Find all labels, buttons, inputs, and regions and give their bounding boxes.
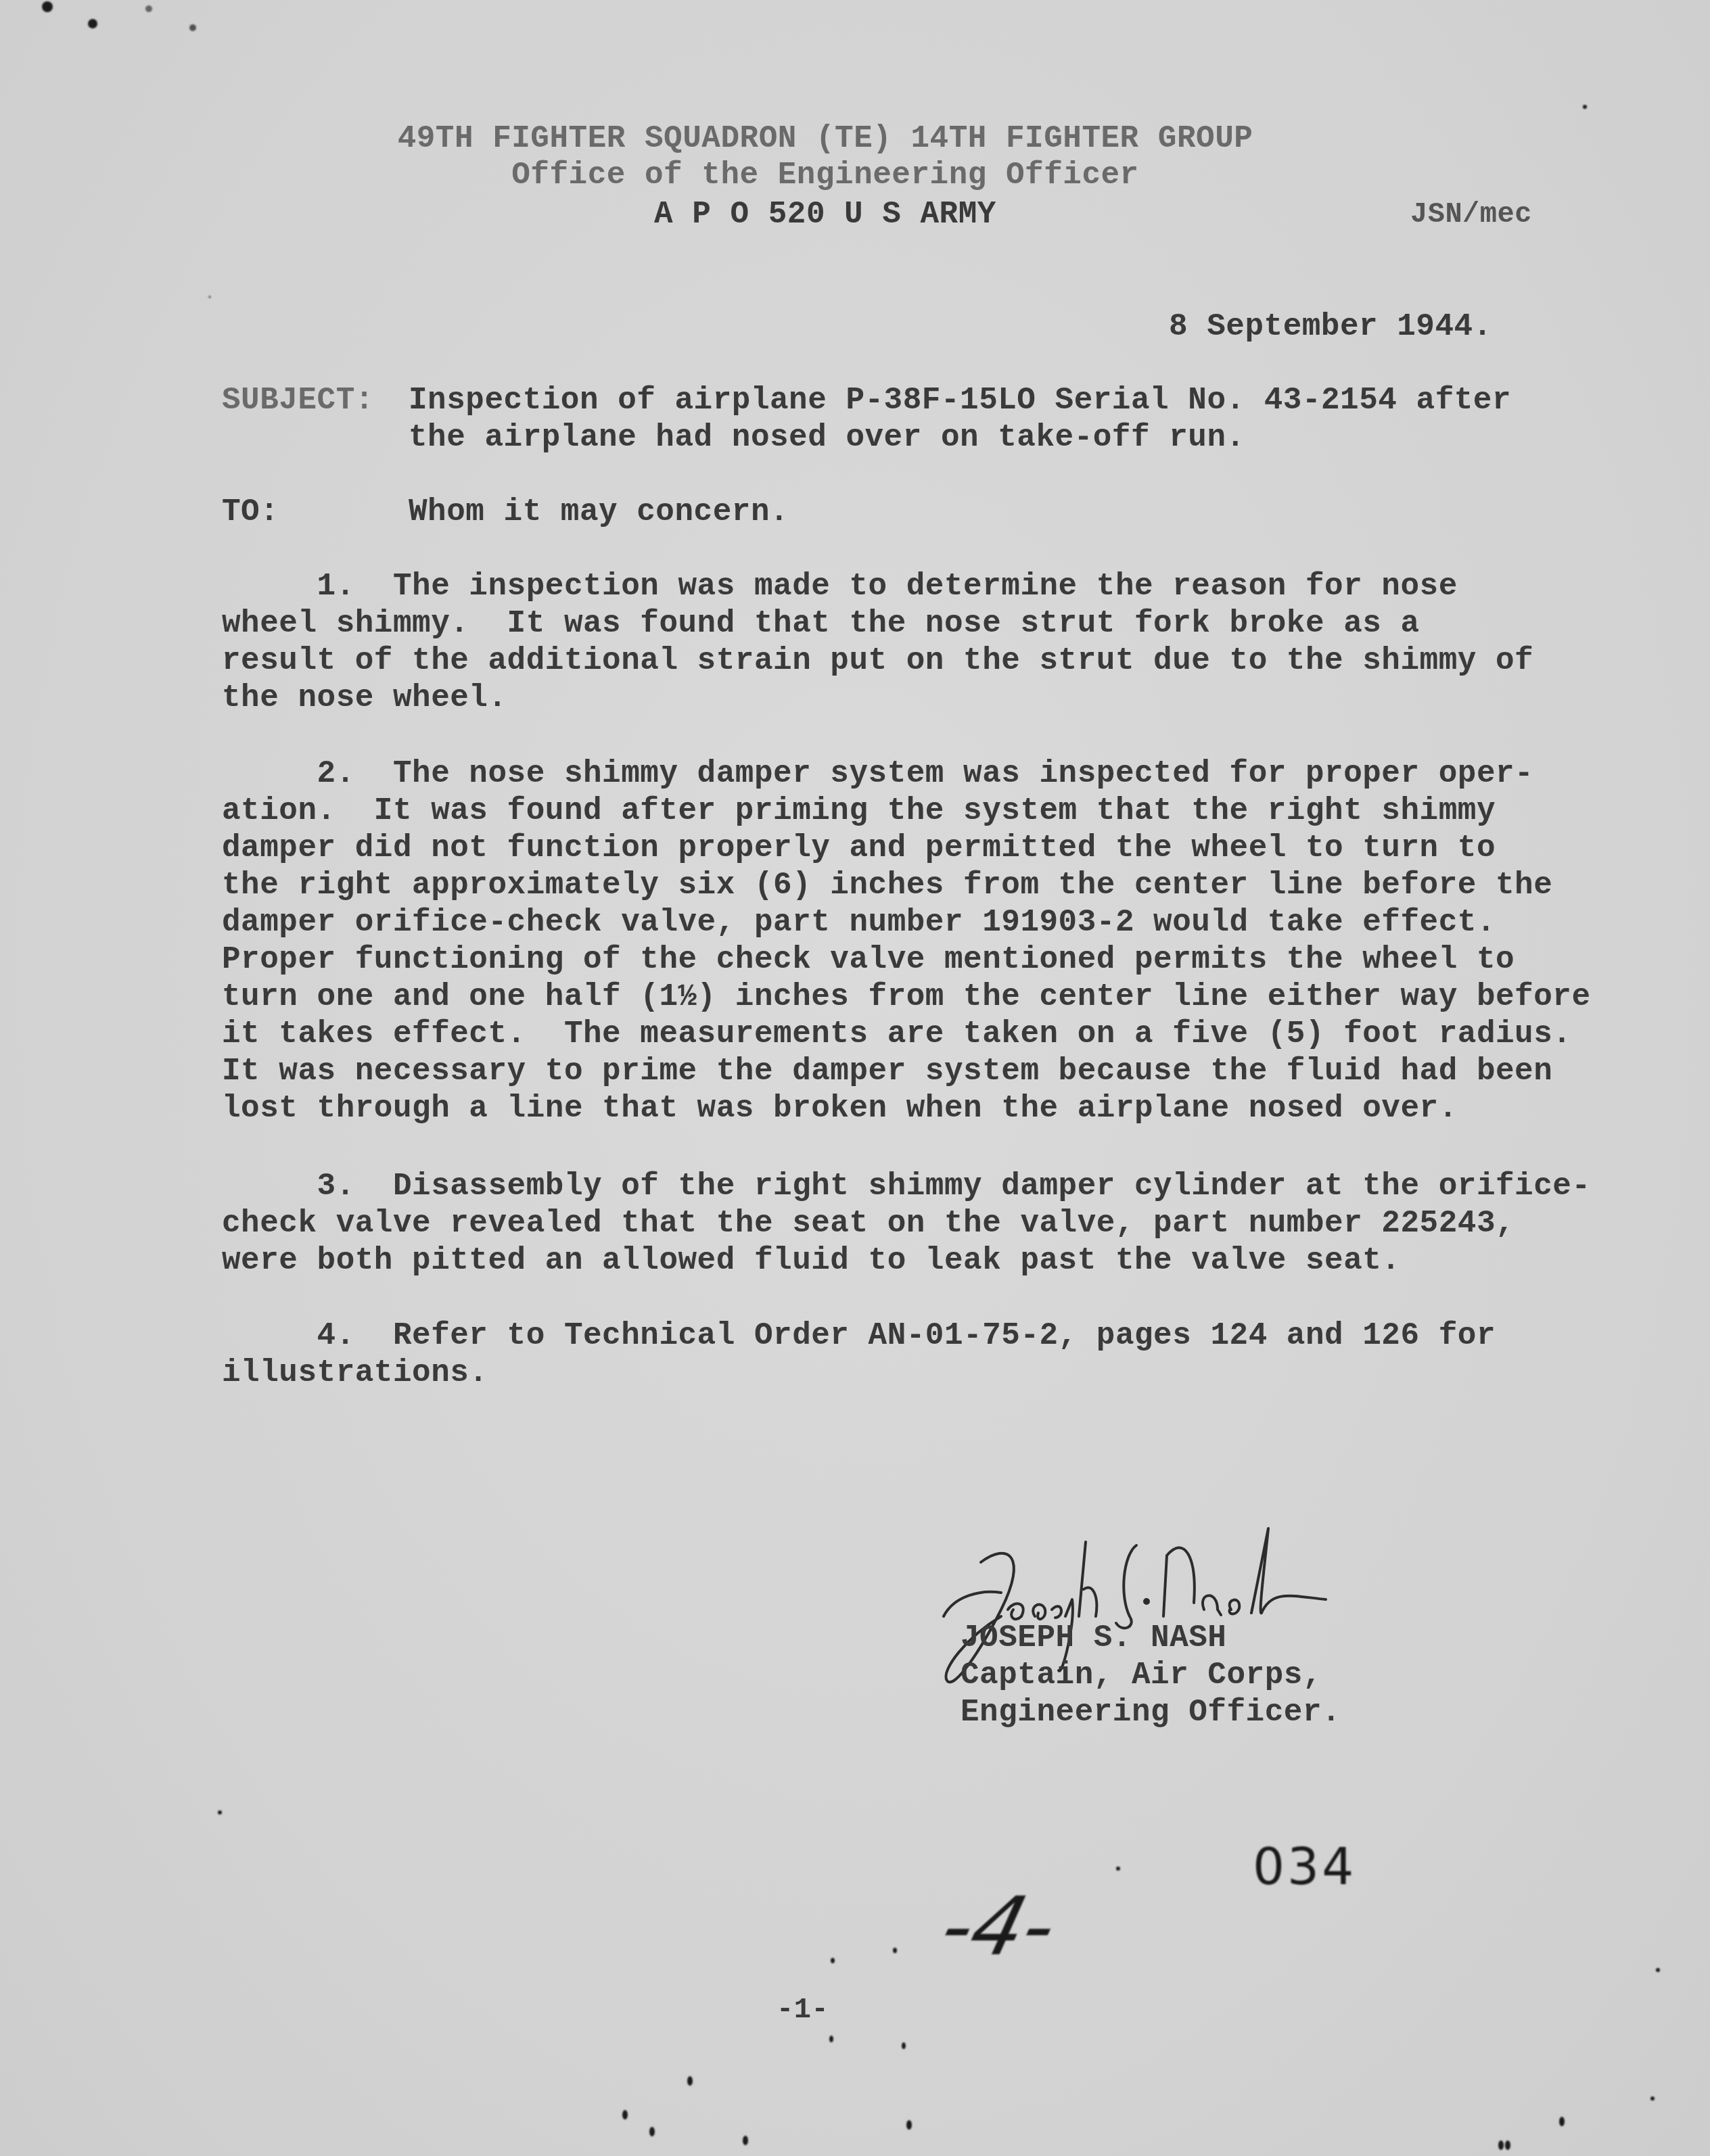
letterhead-unit: 49TH FIGHTER SQUADRON (TE) 14TH FIGHTER … — [0, 120, 1650, 158]
paragraph-line: It was necessary to prime the damper sys… — [222, 1053, 1568, 1090]
letterhead-address: A P O 520 U S ARMY — [0, 196, 1650, 233]
scan-speck — [743, 2136, 748, 2145]
scan-speck — [893, 1948, 897, 1953]
scan-speck — [218, 1810, 222, 1814]
scan-speck — [902, 2042, 906, 2049]
scan-speck — [1505, 2140, 1510, 2150]
stamp-number: 034 — [1253, 1838, 1356, 1896]
paragraph-line: ation. It was found after priming the sy… — [222, 793, 1568, 830]
letterhead-office: Office of the Engineering Officer — [0, 157, 1650, 194]
paragraph-line: 3. Disassembly of the right shimmy dampe… — [222, 1168, 1568, 1205]
document-page: 49TH FIGHTER SQUADRON (TE) 14TH FIGHTER … — [0, 0, 1710, 2156]
scan-speck — [829, 2036, 833, 2042]
paragraph-line: Proper functioning of the check valve me… — [222, 941, 1568, 979]
paragraph-line: illustrations. — [222, 1355, 1568, 1392]
scan-speck — [1656, 1968, 1660, 1972]
letter-date: 8 September 1944. — [1169, 308, 1492, 346]
scan-speck — [1116, 1867, 1120, 1871]
paragraph-1: 1. The inspection was made to determine … — [222, 568, 1568, 717]
handwritten-page-mark: -4- — [932, 1880, 1066, 1974]
paragraph-line: 1. The inspection was made to determine … — [222, 568, 1568, 605]
paragraph-line: 4. Refer to Technical Order AN-01-75-2, … — [222, 1317, 1568, 1355]
paragraph-line: the nose wheel. — [222, 680, 1568, 717]
subject-label: SUBJECT: — [222, 382, 374, 419]
subject-line: Inspection of airplane P-38F-15LO Serial… — [409, 382, 1511, 419]
signature-block: JOSEPH S. NASH Captain, Air Corps, Engin… — [961, 1620, 1341, 1731]
paragraph-line: result of the additional strain put on t… — [222, 642, 1568, 680]
scan-speck — [622, 2110, 628, 2119]
scan-speck — [649, 2127, 655, 2136]
paragraph-4: 4. Refer to Technical Order AN-01-75-2, … — [222, 1317, 1568, 1392]
scan-speck — [208, 296, 211, 298]
paragraph-line: damper orifice-check valve, part number … — [222, 904, 1568, 941]
scan-speck — [1650, 2096, 1655, 2101]
paragraph-line: turn one and one half (1½) inches from t… — [222, 979, 1568, 1016]
scan-speck — [1583, 105, 1587, 109]
scan-speck — [1498, 2140, 1504, 2150]
paragraph-line: 2. The nose shimmy damper system was ins… — [222, 755, 1568, 793]
scan-speck — [145, 5, 152, 12]
scan-speck — [42, 1, 53, 12]
paragraph-2: 2. The nose shimmy damper system was ins… — [222, 755, 1568, 1127]
typed-name: JOSEPH S. NASH — [961, 1620, 1341, 1657]
scan-speck — [906, 2120, 912, 2130]
paragraph-line: it takes effect. The measurements are ta… — [222, 1016, 1568, 1053]
to-label: TO: — [222, 494, 279, 531]
to-value: Whom it may concern. — [409, 494, 789, 531]
reference-initials: JSN/mec — [1410, 196, 1532, 233]
paragraph-3: 3. Disassembly of the right shimmy dampe… — [222, 1168, 1568, 1280]
scan-speck — [687, 2076, 693, 2086]
paragraph-line: lost through a line that was broken when… — [222, 1090, 1568, 1127]
paragraph-line: check valve revealed that the seat on th… — [222, 1205, 1568, 1242]
paragraph-line: damper did not function properly and per… — [222, 830, 1568, 867]
scan-speck — [831, 1958, 835, 1963]
paragraph-line: wheel shimmy. It was found that the nose… — [222, 605, 1568, 642]
page-number: -1- — [777, 1992, 829, 2029]
scan-speck — [88, 19, 97, 28]
signer-rank: Captain, Air Corps, — [961, 1657, 1341, 1694]
signer-title: Engineering Officer. — [961, 1694, 1341, 1731]
subject-line: the airplane had nosed over on take-off … — [409, 419, 1245, 456]
scan-speck — [189, 24, 196, 31]
paragraph-line: the right approximately six (6) inches f… — [222, 867, 1568, 904]
scan-speck — [1559, 2117, 1565, 2126]
paragraph-line: were both pitted an allowed fluid to lea… — [222, 1242, 1568, 1280]
